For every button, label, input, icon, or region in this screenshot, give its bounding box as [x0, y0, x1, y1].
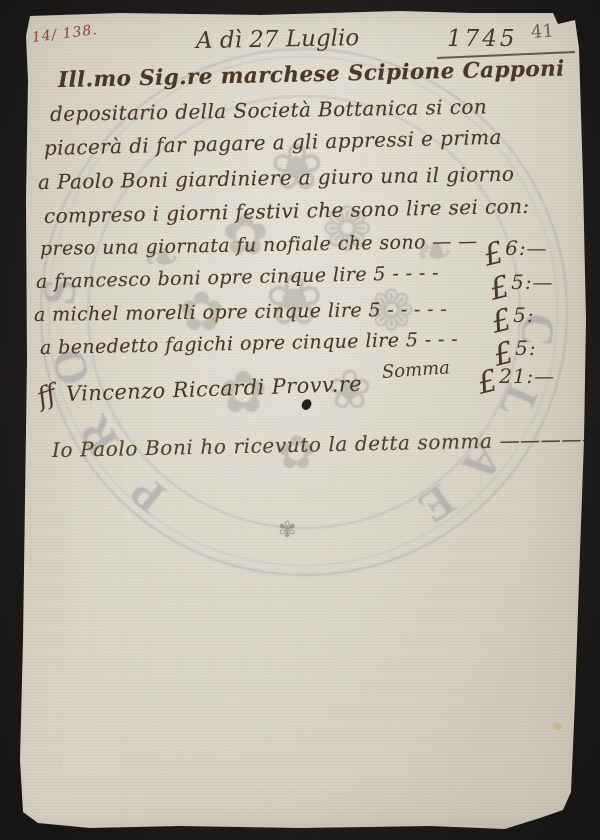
charge-line: preso una giornata fu nofiale che sono —…: [40, 230, 478, 260]
total-label: Somma: [381, 357, 450, 383]
manuscript-line: piacerà di far pagare a gli appressi e p…: [44, 125, 502, 160]
lira-symbol: £: [474, 363, 501, 402]
manuscript-line-salutation: Ill.mo Sig.re marchese Scipione Capponi: [58, 57, 565, 93]
photo-background: SORPCLAE ❀✿❁✿❀❁✿❀✿❧❧ ✾ 14/ 138. A dì 27 …: [0, 0, 600, 840]
charge-amount: £6:—: [484, 228, 548, 263]
folio-number: 41: [530, 20, 554, 43]
archival-number: 14/ 138.: [31, 22, 99, 46]
date-year: 1745: [447, 26, 518, 52]
stain: [553, 723, 562, 730]
manuscript-line: compreso i giorni festivi che sono lire …: [44, 194, 530, 228]
seal-letter: E: [411, 476, 463, 531]
signature: Vincenzo Riccardi Provv.re: [66, 372, 363, 406]
manuscript-line: depositario della Società Bottanica si c…: [50, 94, 487, 126]
charge-line: a francesco boni opre cinque lire 5 - - …: [36, 262, 439, 293]
total-amount: £21:—: [478, 356, 555, 391]
ink-blot: [300, 398, 313, 412]
manuscript-page: SORPCLAE ❀✿❁✿❀❁✿❀✿❧❧ ✾ 14/ 138. A dì 27 …: [0, 0, 600, 840]
seal-letter: P: [123, 467, 174, 520]
date-line: A dì 27 Luglio: [196, 25, 360, 54]
charge-amount: £5:: [492, 295, 535, 330]
small-flower-watermark: ✾: [278, 518, 296, 543]
signature-paraph: ff: [33, 379, 60, 413]
manuscript-line: a Paolo Boni giardiniere a giuro una il …: [38, 162, 515, 194]
charge-amount: £5:—: [490, 262, 554, 297]
society-seal-watermark: SORPCLAE ❀✿❁✿❀❁✿❀✿❧❧: [0, 0, 600, 840]
charge-line: a benedetto fagichi opre cinque lire 5 -…: [40, 328, 459, 359]
stain: [212, 316, 219, 322]
receipt-line: Io Paolo Boni ho ricevuto la detta somma…: [52, 426, 600, 462]
charge-line: a michel morelli opre cinque lire 5 - - …: [34, 298, 448, 326]
